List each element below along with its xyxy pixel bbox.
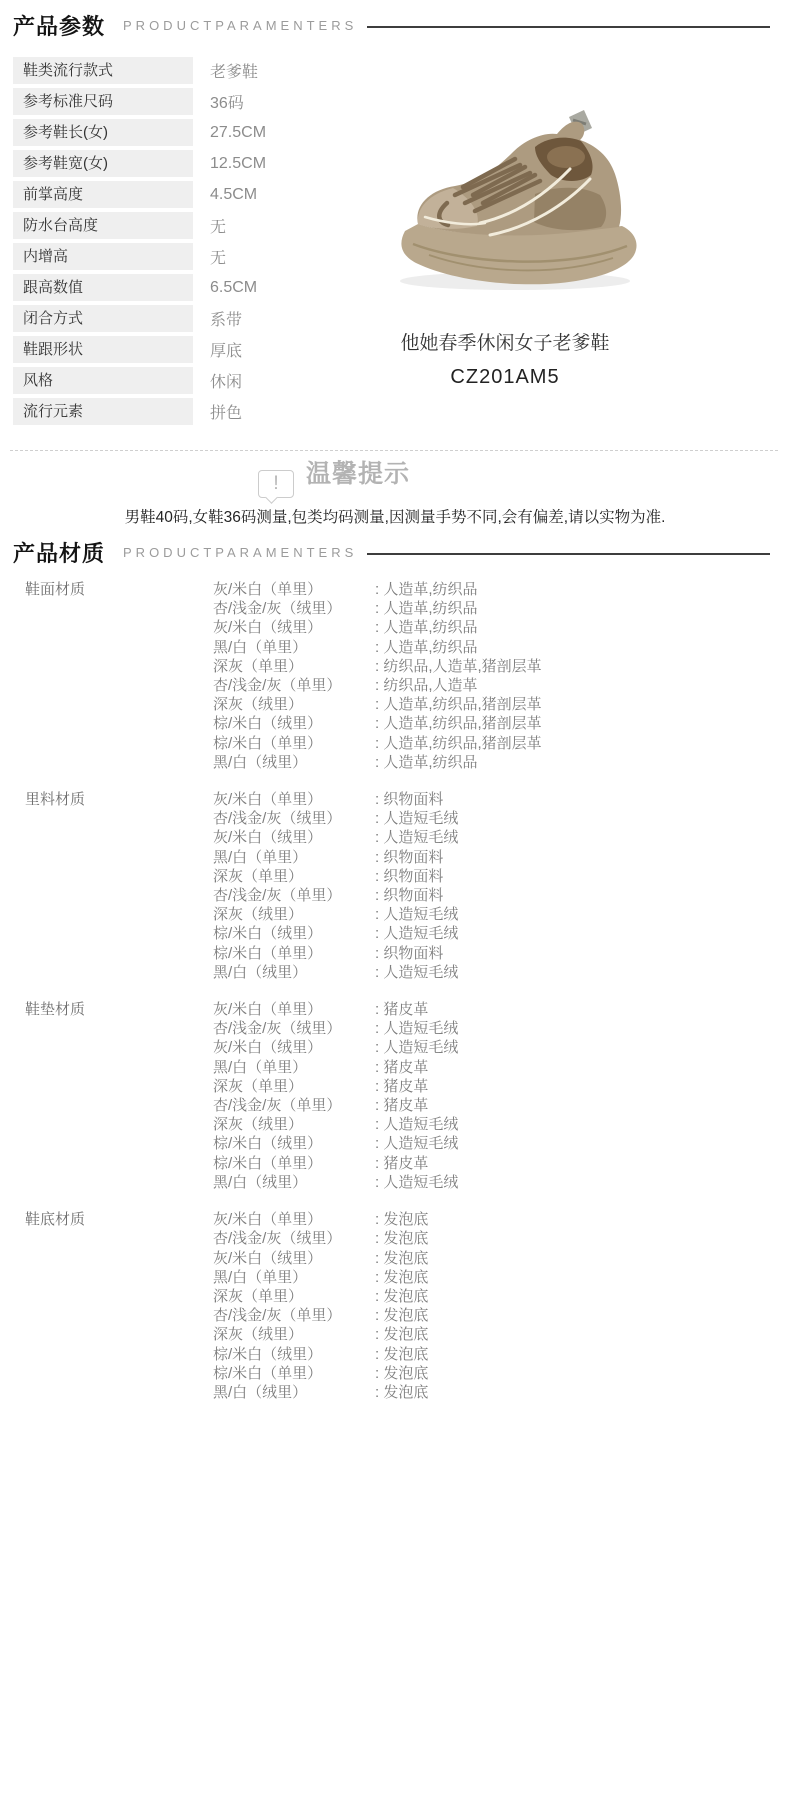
material-value: 织物面料 — [375, 886, 443, 905]
material-row: 灰/米白（绒里）人造短毛绒 — [213, 828, 770, 847]
param-label: 闭合方式 — [13, 305, 193, 332]
materials-header: 产品材质 PRODUCTPARAMENTERS — [13, 537, 770, 568]
shoe-illustration-icon — [385, 95, 655, 295]
material-section-label: 鞋底材质 — [25, 1210, 213, 1402]
header-rule — [367, 26, 770, 28]
material-variant: 深灰（绒里） — [213, 695, 375, 714]
material-variant: 黑/白（绒里） — [213, 1173, 375, 1192]
material-section: 里料材质灰/米白（单里）织物面料杏/浅金/灰（绒里）人造短毛绒灰/米白（绒里）人… — [25, 790, 770, 982]
material-value: 织物面料 — [375, 848, 443, 867]
material-value: 发泡底 — [375, 1249, 428, 1268]
param-row: 鞋类流行款式老爹鞋 — [13, 57, 433, 84]
param-row: 前掌高度4.5CM — [13, 181, 433, 208]
material-value: 人造革,纺织品,猪剖层革 — [375, 714, 542, 733]
dashed-divider — [10, 450, 778, 451]
material-variant: 深灰（绒里） — [213, 1325, 375, 1344]
material-row: 杏/浅金/灰（绒里）人造短毛绒 — [213, 809, 770, 828]
material-variant: 深灰（绒里） — [213, 905, 375, 924]
material-variant: 杏/浅金/灰（单里） — [213, 1306, 375, 1325]
material-row: 杏/浅金/灰（单里）猪皮革 — [213, 1096, 770, 1115]
material-variant: 灰/米白（绒里） — [213, 618, 375, 637]
material-row: 灰/米白（绒里）人造革,纺织品 — [213, 618, 770, 637]
material-row: 黑/白（单里）发泡底 — [213, 1268, 770, 1287]
material-rows: 灰/米白（单里）人造革,纺织品杏/浅金/灰（绒里）人造革,纺织品灰/米白（绒里）… — [213, 580, 770, 772]
material-value: 织物面料 — [375, 944, 443, 963]
param-row: 防水台高度无 — [13, 212, 433, 239]
product-model-code: CZ201AM5 — [350, 366, 660, 389]
material-value: 织物面料 — [375, 790, 443, 809]
material-row: 杏/浅金/灰（单里）纺织品,人造革 — [213, 676, 770, 695]
material-row: 棕/米白（绒里）发泡底 — [213, 1345, 770, 1364]
param-value: 厚底 — [210, 338, 242, 361]
material-section-label: 里料材质 — [25, 790, 213, 982]
params-section-title: 产品参数 — [13, 10, 105, 41]
material-row: 黑/白（单里）人造革,纺织品 — [213, 638, 770, 657]
param-row: 参考鞋宽(女)12.5CM — [13, 150, 433, 177]
material-section-label: 鞋垫材质 — [25, 1000, 213, 1192]
material-row: 深灰（单里）发泡底 — [213, 1287, 770, 1306]
material-variant: 棕/米白（单里） — [213, 1154, 375, 1173]
material-value: 人造短毛绒 — [375, 809, 458, 828]
material-value: 猪皮革 — [375, 1096, 428, 1115]
param-value: 27.5CM — [210, 124, 266, 142]
material-row: 深灰（单里）猪皮革 — [213, 1077, 770, 1096]
param-label: 参考标准尺码 — [13, 88, 193, 115]
material-row: 黑/白（单里）织物面料 — [213, 848, 770, 867]
material-rows: 灰/米白（单里）发泡底杏/浅金/灰（绒里）发泡底灰/米白（绒里）发泡底黑/白（单… — [213, 1210, 770, 1402]
material-value: 猪皮革 — [375, 1058, 428, 1077]
param-label: 跟高数值 — [13, 274, 193, 301]
material-variant: 棕/米白（绒里） — [213, 714, 375, 733]
material-variant: 灰/米白（单里） — [213, 1000, 375, 1019]
param-label: 前掌高度 — [13, 181, 193, 208]
material-row: 杏/浅金/灰（单里）织物面料 — [213, 886, 770, 905]
material-variant: 灰/米白（单里） — [213, 1210, 375, 1229]
material-value: 纺织品,人造革,猪剖层革 — [375, 657, 542, 676]
param-label: 防水台高度 — [13, 212, 193, 239]
material-row: 杏/浅金/灰（单里）发泡底 — [213, 1306, 770, 1325]
material-value: 猪皮革 — [375, 1000, 428, 1019]
material-row: 棕/米白（绒里）人造短毛绒 — [213, 924, 770, 943]
material-value: 人造短毛绒 — [375, 1115, 458, 1134]
material-value: 人造革,纺织品 — [375, 753, 478, 772]
material-row: 棕/米白（单里）猪皮革 — [213, 1154, 770, 1173]
material-variant: 深灰（单里） — [213, 867, 375, 886]
material-value: 人造短毛绒 — [375, 924, 458, 943]
param-row: 跟高数值6.5CM — [13, 274, 433, 301]
param-value: 36码 — [210, 90, 244, 113]
material-row: 灰/米白（单里）人造革,纺织品 — [213, 580, 770, 599]
material-variant: 杏/浅金/灰（绒里） — [213, 1019, 375, 1038]
material-row: 灰/米白（单里）发泡底 — [213, 1210, 770, 1229]
material-value: 人造革,纺织品,猪剖层革 — [375, 695, 542, 714]
material-variant: 棕/米白（单里） — [213, 944, 375, 963]
material-value: 人造短毛绒 — [375, 905, 458, 924]
material-value: 发泡底 — [375, 1287, 428, 1306]
material-variant: 棕/米白（绒里） — [213, 1345, 375, 1364]
param-value: 4.5CM — [210, 186, 257, 204]
material-variant: 杏/浅金/灰（绒里） — [213, 1229, 375, 1248]
material-row: 黑/白（绒里）发泡底 — [213, 1383, 770, 1402]
material-row: 灰/米白（单里）猪皮革 — [213, 1000, 770, 1019]
material-variant: 深灰（绒里） — [213, 1115, 375, 1134]
material-variant: 黑/白（单里） — [213, 638, 375, 657]
material-row: 黑/白（绒里）人造革,纺织品 — [213, 753, 770, 772]
material-variant: 深灰（单里） — [213, 657, 375, 676]
material-variant: 深灰（单里） — [213, 1077, 375, 1096]
param-label: 流行元素 — [13, 398, 193, 425]
material-row: 杏/浅金/灰（绒里）人造革,纺织品 — [213, 599, 770, 618]
material-variant: 棕/米白（绒里） — [213, 924, 375, 943]
param-value: 无 — [210, 245, 226, 268]
tips-title: 温馨提示 — [306, 454, 410, 490]
material-variant: 棕/米白（单里） — [213, 1364, 375, 1383]
material-variant: 灰/米白（单里） — [213, 580, 375, 599]
param-label: 鞋跟形状 — [13, 336, 193, 363]
material-row: 深灰（绒里）人造革,纺织品,猪剖层革 — [213, 695, 770, 714]
param-row: 参考标准尺码36码 — [13, 88, 433, 115]
param-row: 内增高无 — [13, 243, 433, 270]
material-variant: 黑/白（绒里） — [213, 753, 375, 772]
tips-body: 男鞋40码,女鞋36码测量,包类均码测量,因测量手势不同,会有偏差,请以实物为准… — [0, 505, 790, 527]
param-value: 12.5CM — [210, 155, 266, 173]
material-value: 人造革,纺织品 — [375, 580, 478, 599]
material-value: 发泡底 — [375, 1306, 428, 1325]
material-row: 棕/米白（单里）织物面料 — [213, 944, 770, 963]
param-value: 老爹鞋 — [210, 59, 258, 82]
material-row: 深灰（单里）织物面料 — [213, 867, 770, 886]
material-row: 黑/白（绒里）人造短毛绒 — [213, 963, 770, 982]
material-value: 人造短毛绒 — [375, 1019, 458, 1038]
material-variant: 杏/浅金/灰（单里） — [213, 1096, 375, 1115]
material-section: 鞋底材质灰/米白（单里）发泡底杏/浅金/灰（绒里）发泡底灰/米白（绒里）发泡底黑… — [25, 1210, 770, 1402]
material-value: 发泡底 — [375, 1229, 428, 1248]
param-value: 拼色 — [210, 400, 242, 423]
param-label: 风格 — [13, 367, 193, 394]
material-variant: 棕/米白（单里） — [213, 734, 375, 753]
params-header: 产品参数 PRODUCTPARAMENTERS — [13, 10, 770, 41]
material-rows: 灰/米白（单里）织物面料杏/浅金/灰（绒里）人造短毛绒灰/米白（绒里）人造短毛绒… — [213, 790, 770, 982]
product-detail-page: 产品参数 PRODUCTPARAMENTERS 鞋类流行款式老爹鞋参考标准尺码3… — [0, 0, 790, 1810]
material-row: 黑/白（绒里）人造短毛绒 — [213, 1173, 770, 1192]
header-rule — [367, 553, 770, 555]
param-row: 流行元素拼色 — [13, 398, 433, 425]
material-row: 深灰（绒里）人造短毛绒 — [213, 905, 770, 924]
material-row: 棕/米白（绒里）人造革,纺织品,猪剖层革 — [213, 714, 770, 733]
material-row: 杏/浅金/灰（绒里）发泡底 — [213, 1229, 770, 1248]
material-value: 猪皮革 — [375, 1154, 428, 1173]
material-row: 杏/浅金/灰（绒里）人造短毛绒 — [213, 1019, 770, 1038]
params-section-subtitle: PRODUCTPARAMENTERS — [123, 18, 357, 33]
param-label: 参考鞋长(女) — [13, 119, 193, 146]
material-row: 灰/米白（单里）织物面料 — [213, 790, 770, 809]
material-row: 灰/米白（绒里）人造短毛绒 — [213, 1038, 770, 1057]
material-rows: 灰/米白（单里）猪皮革杏/浅金/灰（绒里）人造短毛绒灰/米白（绒里）人造短毛绒黑… — [213, 1000, 770, 1192]
material-variant: 灰/米白（绒里） — [213, 1249, 375, 1268]
param-value: 6.5CM — [210, 279, 257, 297]
material-value: 纺织品,人造革 — [375, 676, 478, 695]
exclamation-bubble-icon: ! — [258, 470, 294, 498]
materials-section-title: 产品材质 — [13, 537, 105, 568]
material-variant: 黑/白（单里） — [213, 1268, 375, 1287]
material-section: 鞋垫材质灰/米白（单里）猪皮革杏/浅金/灰（绒里）人造短毛绒灰/米白（绒里）人造… — [25, 1000, 770, 1192]
material-value: 发泡底 — [375, 1345, 428, 1364]
material-value: 人造革,纺织品 — [375, 599, 478, 618]
material-variant: 黑/白（绒里） — [213, 963, 375, 982]
material-row: 黑/白（单里）猪皮革 — [213, 1058, 770, 1077]
material-variant: 杏/浅金/灰（单里） — [213, 886, 375, 905]
material-value: 猪皮革 — [375, 1077, 428, 1096]
material-variant: 杏/浅金/灰（绒里） — [213, 599, 375, 618]
material-row: 深灰（绒里）人造短毛绒 — [213, 1115, 770, 1134]
material-variant: 深灰（单里） — [213, 1287, 375, 1306]
param-label: 鞋类流行款式 — [13, 57, 193, 84]
material-row: 灰/米白（绒里）发泡底 — [213, 1249, 770, 1268]
material-row: 棕/米白（单里）人造革,纺织品,猪剖层革 — [213, 734, 770, 753]
material-value: 人造短毛绒 — [375, 1134, 458, 1153]
material-row: 深灰（绒里）发泡底 — [213, 1325, 770, 1344]
material-section-label: 鞋面材质 — [25, 580, 213, 772]
material-value: 人造短毛绒 — [375, 1173, 458, 1192]
material-value: 发泡底 — [375, 1325, 428, 1344]
material-value: 织物面料 — [375, 867, 443, 886]
material-section: 鞋面材质灰/米白（单里）人造革,纺织品杏/浅金/灰（绒里）人造革,纺织品灰/米白… — [25, 580, 770, 772]
param-value: 无 — [210, 214, 226, 237]
material-value: 发泡底 — [375, 1364, 428, 1383]
material-value: 人造革,纺织品,猪剖层革 — [375, 734, 542, 753]
materials-list: 鞋面材质灰/米白（单里）人造革,纺织品杏/浅金/灰（绒里）人造革,纺织品灰/米白… — [25, 580, 770, 1420]
material-variant: 灰/米白（绒里） — [213, 828, 375, 847]
material-value: 发泡底 — [375, 1268, 428, 1287]
material-value: 人造短毛绒 — [375, 963, 458, 982]
material-row: 棕/米白（单里）发泡底 — [213, 1364, 770, 1383]
material-value: 人造短毛绒 — [375, 1038, 458, 1057]
material-variant: 黑/白（单里） — [213, 848, 375, 867]
material-variant: 黑/白（单里） — [213, 1058, 375, 1077]
material-variant: 灰/米白（绒里） — [213, 1038, 375, 1057]
param-label: 内增高 — [13, 243, 193, 270]
material-variant: 棕/米白（绒里） — [213, 1134, 375, 1153]
product-photo — [385, 95, 655, 295]
material-row: 深灰（单里）纺织品,人造革,猪剖层革 — [213, 657, 770, 676]
exclamation-glyph: ! — [273, 473, 278, 494]
material-value: 人造革,纺织品 — [375, 638, 478, 657]
material-variant: 黑/白（绒里） — [213, 1383, 375, 1402]
material-value: 发泡底 — [375, 1383, 428, 1402]
param-row: 参考鞋长(女)27.5CM — [13, 119, 433, 146]
materials-section-subtitle: PRODUCTPARAMENTERS — [123, 545, 357, 560]
material-variant: 杏/浅金/灰（单里） — [213, 676, 375, 695]
param-value: 休闲 — [210, 369, 242, 392]
material-row: 棕/米白（绒里）人造短毛绒 — [213, 1134, 770, 1153]
material-value: 人造短毛绒 — [375, 828, 458, 847]
param-label: 参考鞋宽(女) — [13, 150, 193, 177]
material-value: 人造革,纺织品 — [375, 618, 478, 637]
material-variant: 杏/浅金/灰（绒里） — [213, 809, 375, 828]
material-value: 发泡底 — [375, 1210, 428, 1229]
param-value: 系带 — [210, 307, 242, 330]
product-title: 他她春季休闲女子老爹鞋 — [350, 328, 660, 355]
material-variant: 灰/米白（单里） — [213, 790, 375, 809]
